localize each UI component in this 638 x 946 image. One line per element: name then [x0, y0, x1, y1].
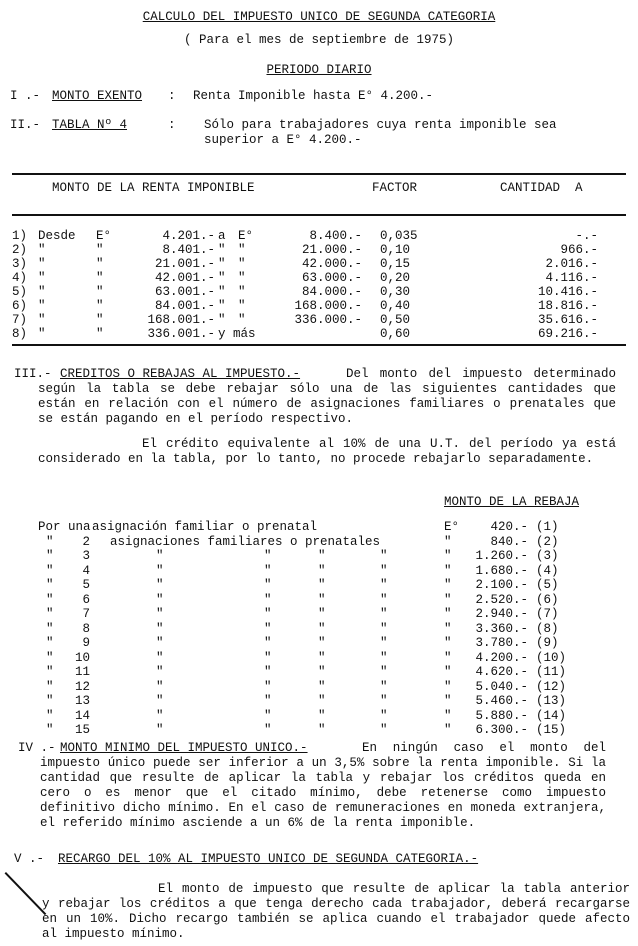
cell-ditto-1: " [264, 680, 272, 694]
credit-row: "15"""""6.300.-(15) [0, 723, 638, 737]
cell-rebajar: 2.016.- [510, 257, 598, 271]
cell-ditto-1: " [264, 549, 272, 563]
cell-n: 7) [12, 313, 27, 327]
cell-idx: (8) [536, 622, 559, 636]
cell-ditto-3: " [380, 564, 388, 578]
cell-idx: (12) [536, 680, 566, 694]
cell-amt: 4.620.- [456, 665, 528, 679]
cell-cur: " [444, 607, 452, 621]
cell-idx: (13) [536, 694, 566, 708]
cell-amt: 2.520.- [456, 593, 528, 607]
cell-from: 21.001.- [115, 257, 215, 271]
cell-pre: " [46, 680, 54, 694]
cell-ditto-0: " [156, 593, 164, 607]
cell-cur: " [444, 636, 452, 650]
cell-ditto-1: " [264, 593, 272, 607]
cell-ditto-0: " [156, 564, 164, 578]
table-row: 5)""63.001.-""84.000.-0,3010.416.- [0, 285, 638, 299]
cell-to: 63.000.- [272, 271, 362, 285]
col-header-cantidad: CANTIDAD A [500, 181, 583, 196]
cell-ditto-0: " [156, 607, 164, 621]
cell-n: 14 [72, 709, 90, 723]
cell-e1: " [96, 299, 104, 313]
cell-a: " [218, 299, 226, 313]
cell-factor: 0,20 [380, 271, 410, 285]
cell-pre: " [46, 607, 54, 621]
cell-ditto-3: " [380, 622, 388, 636]
cell-ditto-2: " [318, 709, 326, 723]
cell-pre: " [46, 665, 54, 679]
cell-pre: " [46, 564, 54, 578]
cell-n: 5) [12, 285, 27, 299]
monto-rebaja-header: MONTO DE LA REBAJA [444, 495, 579, 510]
section-paragraph-2: El crédito equivalente al 10% de una U.T… [38, 437, 616, 467]
separator: : [168, 89, 176, 104]
cell-cur: " [444, 535, 452, 549]
separator: : [168, 118, 176, 133]
cell-n: 9 [72, 636, 90, 650]
col-header-factor: FACTOR [372, 181, 417, 196]
section-label: TABLA Nº 4 [52, 118, 127, 133]
cell-ditto-1: " [264, 694, 272, 708]
cell-desc: asignación familiar o prenatal [92, 520, 317, 534]
cell-idx: (14) [536, 709, 566, 723]
credit-row: "3"""""1.260.-(3) [0, 549, 638, 563]
cell-a: " [218, 285, 226, 299]
cell-e1: " [96, 243, 104, 257]
cell-amt: 3.360.- [456, 622, 528, 636]
credit-row: "7"""""2.940.-(7) [0, 607, 638, 621]
cell-factor: 0,60 [380, 327, 410, 341]
credit-row: "6"""""2.520.-(6) [0, 593, 638, 607]
table-header-rule [12, 214, 626, 216]
cell-e1: " [96, 257, 104, 271]
cell-n: 6 [72, 593, 90, 607]
cell-pre: " [46, 593, 54, 607]
cell-amt: 2.100.- [456, 578, 528, 592]
cell-ditto-1: " [264, 636, 272, 650]
cell-rebajar: 69.216.- [510, 327, 598, 341]
cell-ditto-1: " [264, 578, 272, 592]
cell-ditto-3: " [380, 665, 388, 679]
cell-n: 11 [72, 665, 90, 679]
cell-ditto-2: " [318, 622, 326, 636]
cell-n: 10 [72, 651, 90, 665]
document-subtitle: ( Para el mes de septiembre de 1975) [0, 33, 638, 48]
cell-cur: " [444, 694, 452, 708]
cell-ditto-2: " [318, 593, 326, 607]
cell-cur: " [444, 549, 452, 563]
cell-to: 8.400.- [272, 229, 362, 243]
table-row: 7)""168.001.-""336.000.-0,5035.616.- [0, 313, 638, 327]
cell-idx: (10) [536, 651, 566, 665]
section-paragraph-1: Del monto del impuesto determinado según… [38, 367, 616, 427]
cell-amt: 6.300.- [456, 723, 528, 737]
table-row: 6)""84.001.-""168.000.-0,4018.816.- [0, 299, 638, 313]
cell-factor: 0,40 [380, 299, 410, 313]
cell-e1: " [96, 271, 104, 285]
cell-cur: " [444, 622, 452, 636]
cell-amt: 4.200.- [456, 651, 528, 665]
cell-ditto-0: " [156, 694, 164, 708]
cell-a: " [218, 271, 226, 285]
credit-row: "13"""""5.460.-(13) [0, 694, 638, 708]
cell-n: 5 [72, 578, 90, 592]
col-header-monto: MONTO DE LA RENTA IMPONIBLE [52, 181, 255, 196]
cell-e2: " [238, 313, 246, 327]
cell-desc: asignaciones familiares o prenatales [110, 535, 380, 549]
cell-n: 15 [72, 723, 90, 737]
cell-desde: " [38, 257, 46, 271]
cell-pre: Por una [38, 520, 91, 534]
cell-cur: " [444, 651, 452, 665]
cell-ditto-3: " [380, 578, 388, 592]
cell-ditto-1: " [264, 723, 272, 737]
cell-ditto-2: " [318, 607, 326, 621]
cell-rebajar: 10.416.- [510, 285, 598, 299]
cell-from: 168.001.- [115, 313, 215, 327]
cell-amt: 5.880.- [456, 709, 528, 723]
cell-idx: (1) [536, 520, 559, 534]
cell-e2: " [238, 299, 246, 313]
cell-amt: 420.- [456, 520, 528, 534]
cell-idx: (4) [536, 564, 559, 578]
cell-n: 8) [12, 327, 27, 341]
cell-amt: 1.260.- [456, 549, 528, 563]
cell-from: 8.401.- [115, 243, 215, 257]
cell-ditto-2: " [318, 549, 326, 563]
cell-rebajar: 966.- [510, 243, 598, 257]
cell-amt: 1.680.- [456, 564, 528, 578]
cell-n: 2) [12, 243, 27, 257]
credit-row: "11"""""4.620.-(11) [0, 665, 638, 679]
cell-amt: 5.040.- [456, 680, 528, 694]
cell-pre: " [46, 723, 54, 737]
table-row: 1)DesdeE°4.201.-aE°8.400.-0,035-.- [0, 229, 638, 243]
cell-ditto-3: " [380, 694, 388, 708]
cell-n: 2 [72, 535, 90, 549]
cell-a: " [218, 243, 226, 257]
cell-idx: (15) [536, 723, 566, 737]
cell-factor: 0,10 [380, 243, 410, 257]
cell-idx: (7) [536, 607, 559, 621]
document-title: CALCULO DEL IMPUESTO UNICO DE SEGUNDA CA… [0, 10, 638, 25]
cell-pre: " [46, 636, 54, 650]
cell-factor: 0,50 [380, 313, 410, 327]
cell-pre: " [46, 578, 54, 592]
cell-e2: " [238, 285, 246, 299]
table-row: 2)""8.401.-""21.000.-0,10966.- [0, 243, 638, 257]
cell-desde: " [38, 271, 46, 285]
cell-ditto-3: " [380, 593, 388, 607]
cell-to: 84.000.- [272, 285, 362, 299]
cell-e2: " [238, 243, 246, 257]
cell-factor: 0,30 [380, 285, 410, 299]
cell-pre: " [46, 549, 54, 563]
cell-ditto-3: " [380, 680, 388, 694]
cell-from: 336.001.- [115, 327, 215, 341]
cell-amt: 2.940.- [456, 607, 528, 621]
period-heading: PERIODO DIARIO [0, 63, 638, 78]
cell-cur: " [444, 723, 452, 737]
cell-idx: (5) [536, 578, 559, 592]
cell-pre: " [46, 709, 54, 723]
cell-ditto-0: " [156, 680, 164, 694]
cell-ditto-2: " [318, 578, 326, 592]
cell-pre: " [46, 535, 54, 549]
cell-n: 4) [12, 271, 27, 285]
cell-pre: " [46, 651, 54, 665]
credit-row: "8"""""3.360.-(8) [0, 622, 638, 636]
table-row: 4)""42.001.-""63.000.-0,204.116.- [0, 271, 638, 285]
cell-idx: (2) [536, 535, 559, 549]
section-text: En ningún caso el monto del impuesto úni… [40, 741, 606, 831]
cell-to: 42.000.- [272, 257, 362, 271]
cell-ditto-3: " [380, 723, 388, 737]
cell-to: 168.000.- [272, 299, 362, 313]
section-number: V .- [14, 852, 44, 867]
cell-a: a [218, 229, 226, 243]
cell-n: 4 [72, 564, 90, 578]
cell-e2: " [238, 257, 246, 271]
section-text-line2: superior a E° 4.200.- [204, 133, 362, 148]
credit-row: "4"""""1.680.-(4) [0, 564, 638, 578]
credit-row: "2asignaciones familiares o prenatales"8… [0, 535, 638, 549]
table-row: 8)""336.001.-y más0,6069.216.- [0, 327, 638, 341]
cell-idx: (3) [536, 549, 559, 563]
cell-rebajar: 4.116.- [510, 271, 598, 285]
cell-factor: 0,035 [380, 229, 418, 243]
cell-ditto-2: " [318, 564, 326, 578]
cell-idx: (11) [536, 665, 566, 679]
cell-cur: " [444, 665, 452, 679]
cell-ditto-2: " [318, 694, 326, 708]
cell-n: 1) [12, 229, 27, 243]
section-label: MONTO EXENTO [52, 89, 142, 104]
cell-ditto-1: " [264, 607, 272, 621]
cell-from: 84.001.- [115, 299, 215, 313]
cell-to: 21.000.- [272, 243, 362, 257]
cell-a: " [218, 313, 226, 327]
cell-n: 8 [72, 622, 90, 636]
cell-ditto-0: " [156, 578, 164, 592]
cell-from: 63.001.- [115, 285, 215, 299]
section-text: El monto de impuesto que resulte de apli… [42, 882, 630, 942]
cell-n: 12 [72, 680, 90, 694]
cell-ditto-1: " [264, 564, 272, 578]
cell-amt: 840.- [456, 535, 528, 549]
credit-row: "12"""""5.040.-(12) [0, 680, 638, 694]
cell-ditto-0: " [156, 549, 164, 563]
credit-row: "14"""""5.880.-(14) [0, 709, 638, 723]
cell-cur: " [444, 680, 452, 694]
cell-factor: 0,15 [380, 257, 410, 271]
cell-ditto-2: " [318, 636, 326, 650]
table-bottom-rule [12, 344, 626, 346]
cell-ditto-2: " [318, 680, 326, 694]
cell-ditto-2: " [318, 665, 326, 679]
cell-ditto-0: " [156, 665, 164, 679]
section-text: Renta Imponible hasta E° 4.200.- [193, 89, 433, 104]
cell-desde: " [38, 313, 46, 327]
cell-pre: " [46, 694, 54, 708]
cell-from: 4.201.- [115, 229, 215, 243]
cell-ditto-3: " [380, 607, 388, 621]
credit-row: Por unaasignación familiar o prenatalE°4… [0, 520, 638, 534]
cell-rebajar: 18.816.- [510, 299, 598, 313]
handwritten-mark [5, 872, 47, 915]
cell-to: 336.000.- [272, 313, 362, 327]
cell-ditto-2: " [318, 723, 326, 737]
cell-a: y más [218, 327, 256, 341]
cell-e1: " [96, 327, 104, 341]
cell-ditto-0: " [156, 622, 164, 636]
cell-desde: " [38, 285, 46, 299]
cell-desde: " [38, 299, 46, 313]
cell-ditto-3: " [380, 549, 388, 563]
table-top-rule [12, 173, 626, 175]
cell-amt: 3.780.- [456, 636, 528, 650]
cell-desde: " [38, 327, 46, 341]
cell-ditto-1: " [264, 709, 272, 723]
cell-amt: 5.460.- [456, 694, 528, 708]
cell-ditto-0: " [156, 723, 164, 737]
cell-ditto-0: " [156, 651, 164, 665]
section-label: RECARGO DEL 10% AL IMPUESTO UNICO DE SEG… [58, 852, 478, 867]
cell-rebajar: 35.616.- [510, 313, 598, 327]
cell-rebajar: -.- [510, 229, 598, 243]
table-row: 3)""21.001.-""42.000.-0,152.016.- [0, 257, 638, 271]
cell-ditto-0: " [156, 636, 164, 650]
cell-e2: E° [238, 229, 253, 243]
cell-desde: " [38, 243, 46, 257]
cell-e1: E° [96, 229, 111, 243]
cell-ditto-0: " [156, 709, 164, 723]
cell-n: 3) [12, 257, 27, 271]
cell-ditto-3: " [380, 651, 388, 665]
cell-n: 13 [72, 694, 90, 708]
cell-cur: " [444, 564, 452, 578]
cell-e1: " [96, 313, 104, 327]
cell-e1: " [96, 285, 104, 299]
cell-a: " [218, 257, 226, 271]
cell-desde: Desde [38, 229, 76, 243]
cell-idx: (6) [536, 593, 559, 607]
cell-n: 3 [72, 549, 90, 563]
cell-from: 42.001.- [115, 271, 215, 285]
cell-n: 7 [72, 607, 90, 621]
cell-ditto-1: " [264, 665, 272, 679]
credit-row: "9"""""3.780.-(9) [0, 636, 638, 650]
credit-row: "5"""""2.100.-(5) [0, 578, 638, 592]
cell-ditto-1: " [264, 651, 272, 665]
section-number: II.- [10, 118, 40, 133]
cell-pre: " [46, 622, 54, 636]
cell-e2: " [238, 271, 246, 285]
cell-n: 6) [12, 299, 27, 313]
cell-cur: " [444, 578, 452, 592]
cell-idx: (9) [536, 636, 559, 650]
cell-ditto-3: " [380, 709, 388, 723]
section-number: I .- [10, 89, 40, 104]
cell-cur: " [444, 709, 452, 723]
cell-ditto-2: " [318, 651, 326, 665]
section-text-line1: Sólo para trabajadores cuya renta imponi… [204, 118, 557, 133]
credit-row: "10"""""4.200.-(10) [0, 651, 638, 665]
cell-cur: " [444, 593, 452, 607]
cell-ditto-3: " [380, 636, 388, 650]
cell-ditto-1: " [264, 622, 272, 636]
